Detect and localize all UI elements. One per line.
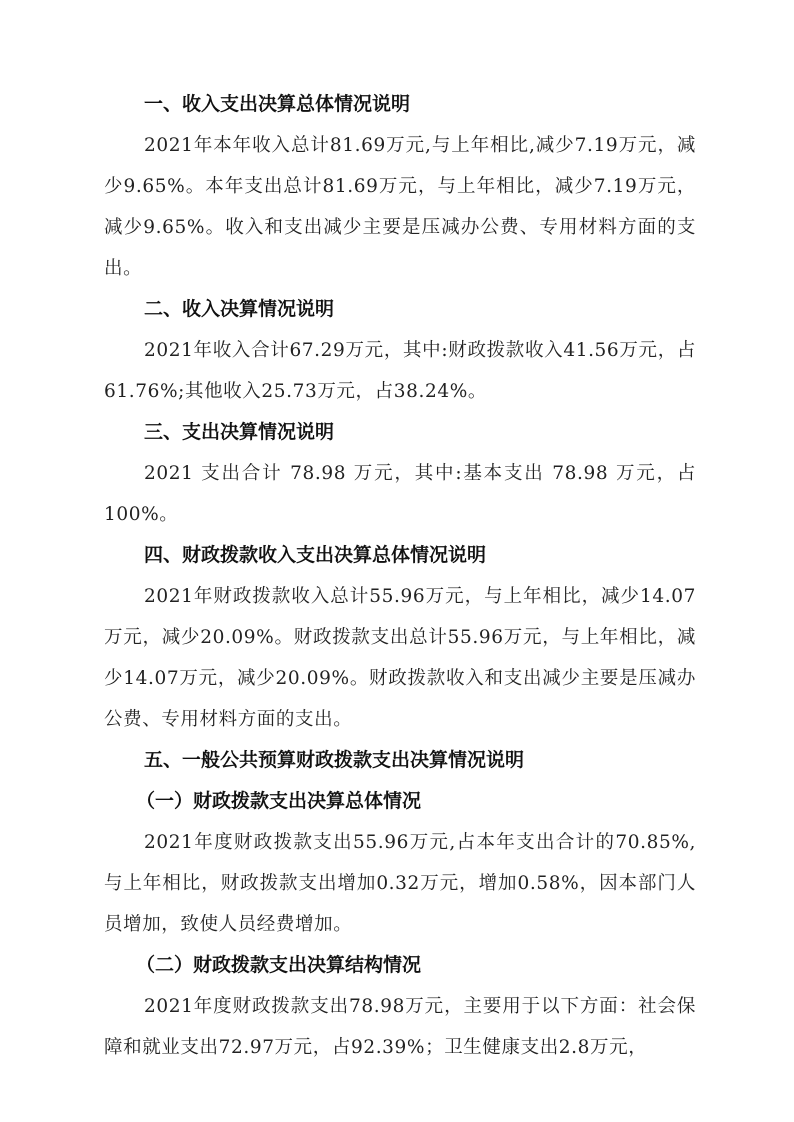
section-paragraph-1: 2021年本年收入总计81.69万元,与上年相比,减少7.19万元，减少9.65… [104, 125, 696, 289]
subsection-paragraph-5-1: 2021年度财政拨款支出55.96万元,占本年支出合计的70.85%,与上年相比… [104, 822, 696, 945]
section-paragraph-3: 2021 支出合计 78.98 万元，其中:基本支出 78.98 万元，占100… [104, 453, 696, 535]
section-heading-4: 四、财政拨款收入支出决算总体情况说明 [104, 535, 696, 576]
document-page: 一、收入支出决算总体情况说明 2021年本年收入总计81.69万元,与上年相比,… [104, 84, 696, 1068]
section-paragraph-4: 2021年财政拨款收入总计55.96万元，与上年相比，减少14.07万元，减少2… [104, 576, 696, 740]
section-heading-5: 五、一般公共预算财政拨款支出决算情况说明 [104, 740, 696, 781]
subsection-heading-5-2: （二）财政拨款支出决算结构情况 [104, 945, 696, 986]
section-paragraph-2: 2021年收入合计67.29万元，其中:财政拨款收入41.56万元，占61.76… [104, 330, 696, 412]
subsection-heading-5-1: （一）财政拨款支出决算总体情况 [104, 781, 696, 822]
section-heading-3: 三、支出决算情况说明 [104, 412, 696, 453]
section-heading-1: 一、收入支出决算总体情况说明 [104, 84, 696, 125]
subsection-paragraph-5-2: 2021年度财政拨款支出78.98万元，主要用于以下方面：社会保障和就业支出72… [104, 986, 696, 1068]
section-heading-2: 二、收入决算情况说明 [104, 289, 696, 330]
